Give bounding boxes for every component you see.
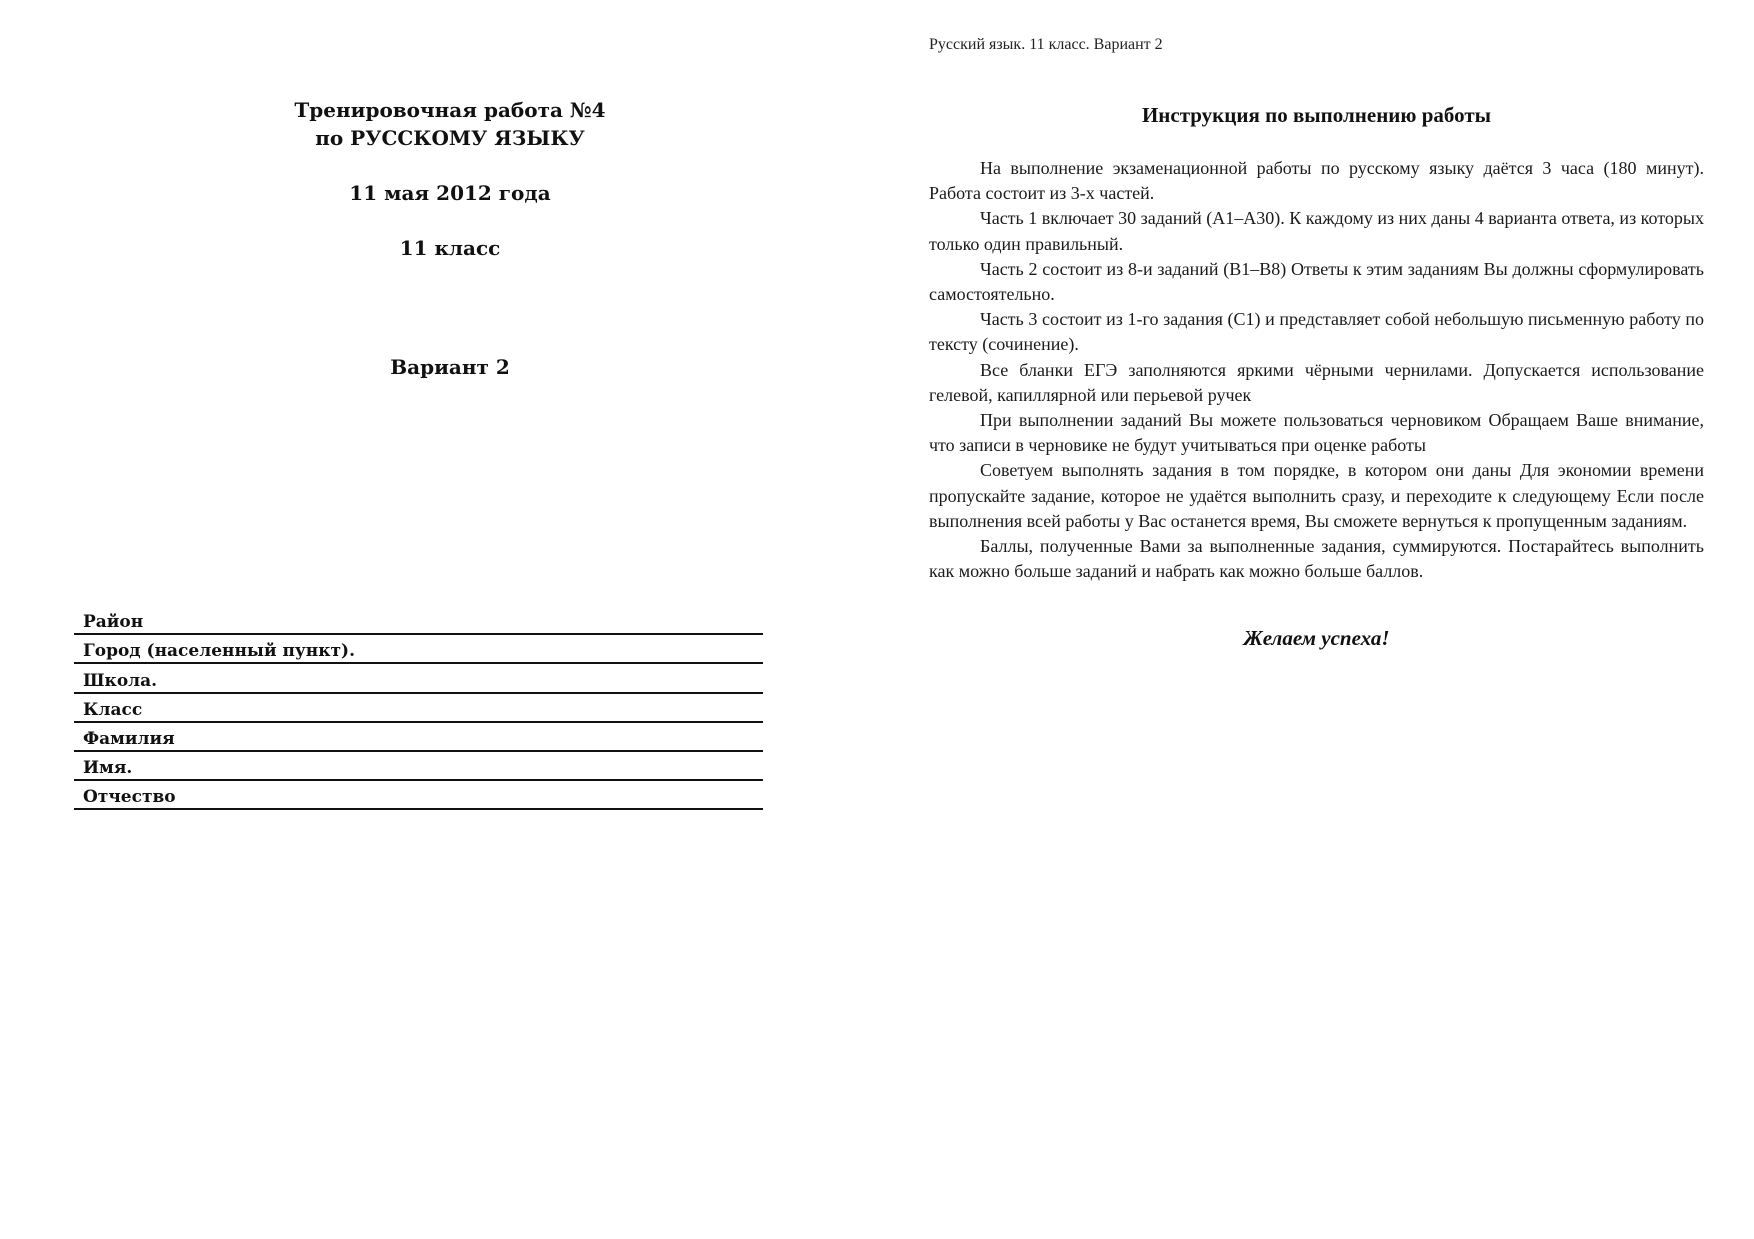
form-field-school[interactable]: Школа. bbox=[74, 664, 763, 693]
form-field-district[interactable]: Район bbox=[74, 606, 763, 635]
form-field-patronymic[interactable]: Отчество bbox=[74, 781, 763, 810]
cover-page: Тренировочная работа №4 по РУССКОМУ ЯЗЫК… bbox=[0, 0, 877, 1239]
instruction-paragraph: Часть 2 состоит из 8-и заданий (В1–В8) О… bbox=[929, 257, 1704, 307]
document-subject: по РУССКОМУ ЯЗЫКУ bbox=[0, 126, 900, 150]
instruction-paragraph: На выполнение экзаменационной работы по … bbox=[929, 156, 1704, 206]
running-header: Русский язык. 11 класс. Вариант 2 bbox=[929, 36, 1163, 54]
instructions-title: Инструкция по выполнению работы bbox=[929, 103, 1704, 128]
instruction-paragraph: При выполнении заданий Вы можете пользов… bbox=[929, 408, 1704, 458]
form-field-label: Отчество bbox=[83, 787, 176, 807]
form-field-label: Школа. bbox=[83, 671, 157, 691]
document-grade: 11 класс bbox=[0, 236, 900, 260]
form-field-label: Фамилия bbox=[83, 729, 175, 749]
instruction-paragraph: Советуем выполнять задания в том порядке… bbox=[929, 458, 1704, 534]
form-field-label: Город (населенный пункт). bbox=[83, 641, 355, 661]
instructions-page: Русский язык. 11 класс. Вариант 2 Инстру… bbox=[877, 0, 1754, 1239]
instruction-paragraph: Часть 1 включает 30 заданий (А1–А30). К … bbox=[929, 206, 1704, 256]
form-field-city[interactable]: Город (населенный пункт). bbox=[74, 635, 763, 664]
document-date: 11 мая 2012 года bbox=[0, 181, 900, 205]
instruction-paragraph: Все бланки ЕГЭ заполняются яркими чёрным… bbox=[929, 358, 1704, 408]
instructions-body: На выполнение экзаменационной работы по … bbox=[929, 156, 1704, 584]
document-title: Тренировочная работа №4 bbox=[0, 98, 900, 122]
instruction-paragraph: Баллы, полученные Вами за выполненные за… bbox=[929, 534, 1704, 584]
student-info-form: Район Город (населенный пункт). Школа. К… bbox=[74, 606, 763, 810]
form-field-name[interactable]: Имя. bbox=[74, 752, 763, 781]
form-field-surname[interactable]: Фамилия bbox=[74, 723, 763, 752]
instruction-paragraph: Часть 3 состоит из 1-го задания (С1) и п… bbox=[929, 307, 1704, 357]
form-field-label: Район bbox=[83, 612, 143, 632]
form-field-class[interactable]: Класс bbox=[74, 694, 763, 723]
closing-wish: Желаем успеха! bbox=[929, 626, 1704, 651]
document-variant: Вариант 2 bbox=[0, 355, 900, 379]
form-field-label: Имя. bbox=[83, 758, 132, 778]
form-field-label: Класс bbox=[83, 700, 142, 720]
